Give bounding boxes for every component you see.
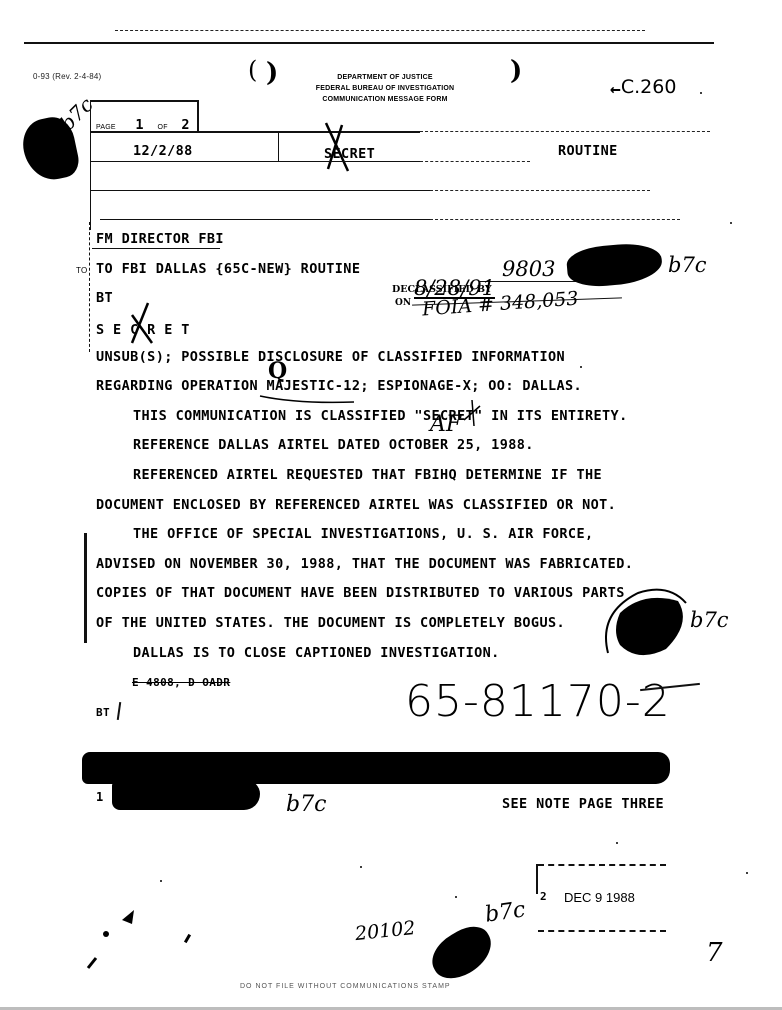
underline-arc xyxy=(258,392,358,406)
redaction-bar-lower xyxy=(112,780,260,810)
bt-start: BT xyxy=(96,290,113,306)
body-line: DOCUMENT ENCLOSED BY REFERENCED AIRTEL W… xyxy=(96,497,616,513)
agency-line-1: DEPARTMENT OF JUSTICE xyxy=(300,72,470,83)
declassified-by-value: 9803 xyxy=(502,257,555,281)
body-line: REFERENCED AIRTEL REQUESTED THAT FBIHQ D… xyxy=(133,467,602,483)
speck xyxy=(580,366,582,368)
margin-annotation-q: Q xyxy=(268,358,287,384)
circled-redaction xyxy=(598,583,694,668)
page-corner-number: 7 xyxy=(706,938,723,968)
on-label: ON xyxy=(395,298,411,308)
body-line: DALLAS IS TO CLOSE CAPTIONED INVESTIGATI… xyxy=(133,645,500,661)
body-line: THE OFFICE OF SPECIAL INVESTIGATIONS, U.… xyxy=(133,526,594,542)
exemption-mark-declass: b7c xyxy=(668,253,707,277)
top-dotted-rule xyxy=(115,30,645,31)
message-date: 12/2/88 xyxy=(133,143,193,159)
cross-out-x-icon xyxy=(322,121,352,173)
from-line: FM DIRECTOR FBI xyxy=(96,231,224,247)
body-line: OF THE UNITED STATES. THE DOCUMENT IS CO… xyxy=(96,615,565,631)
form-rule-4 xyxy=(100,219,430,220)
agency-line-2: FEDERAL BUREAU OF INVESTIGATION xyxy=(300,83,470,94)
body-line: THIS COMMUNICATION IS CLASSIFIED "SECRET… xyxy=(133,408,628,424)
form-rule-1b xyxy=(420,131,710,132)
stamp-date: DEC 9 1988 xyxy=(564,890,635,905)
margin-annotation-af: AF xyxy=(430,412,461,437)
redaction-bottom xyxy=(424,919,500,987)
received-stamp: 2 DEC 9 1988 xyxy=(536,862,668,934)
exemption-mark-body: b7c xyxy=(690,608,729,632)
bt-end: BT xyxy=(96,706,110,719)
see-note: SEE NOTE PAGE THREE xyxy=(502,796,664,812)
cross-out-x-icon xyxy=(128,301,154,345)
form-rule-1 xyxy=(90,131,420,133)
punch-mark-paren: ) xyxy=(266,58,278,88)
speck xyxy=(360,866,362,868)
form-rule-3b xyxy=(430,190,650,191)
top-rule xyxy=(24,42,714,44)
margin-bracket xyxy=(84,533,87,643)
file-annotation: ←C.260 xyxy=(610,76,676,98)
stamp-prefix: 2 xyxy=(540,890,547,903)
speck xyxy=(455,896,457,898)
to-label: TO xyxy=(76,266,87,275)
classification-spaced: S E C R E T xyxy=(96,319,190,338)
routing-left-border xyxy=(89,222,90,352)
agency-header: DEPARTMENT OF JUSTICE FEDERAL BUREAU OF … xyxy=(300,72,470,105)
bottom-form-text: DO NOT FILE WITHOUT COMMUNICATIONS STAMP xyxy=(240,983,451,990)
speck xyxy=(746,872,748,874)
form-rule-2 xyxy=(90,161,420,162)
agency-line-3: COMMUNICATION MESSAGE FORM xyxy=(300,94,470,105)
speck xyxy=(160,880,162,882)
exemption-mark-redaction: b7c xyxy=(286,792,326,817)
form-rule-3 xyxy=(90,190,430,191)
handwritten-file-number: 65-81170-2 xyxy=(405,676,671,727)
exemption-mark-bottom: b7c xyxy=(483,897,526,927)
punch-mark-right: ) xyxy=(510,56,522,86)
body-line: REFERENCE DALLAS AIRTEL DATED OCTOBER 25… xyxy=(133,437,534,453)
punch-mark-left: ( xyxy=(248,56,257,84)
form-left-border xyxy=(90,100,91,230)
bottom-mark xyxy=(184,934,191,943)
form-rule-4b xyxy=(430,219,680,220)
body-line: ADVISED ON NOVEMBER 30, 1988, THAT THE D… xyxy=(96,556,633,572)
redaction-number: 1 xyxy=(96,790,104,804)
speck xyxy=(616,842,618,844)
speck xyxy=(730,222,732,224)
handwritten-initials-number: 20102 xyxy=(354,917,416,945)
date-cell-divider xyxy=(278,133,279,161)
precedence: ROUTINE xyxy=(558,143,618,159)
body-line: COPIES OF THAT DOCUMENT HAVE BEEN DISTRI… xyxy=(96,585,625,601)
speck xyxy=(700,92,702,94)
page-box-right xyxy=(197,100,199,131)
cross-out-x-icon xyxy=(462,398,482,428)
form-number: 0-93 (Rev. 2-4-84) xyxy=(33,72,101,81)
bottom-left-marks xyxy=(82,900,142,975)
from-underline xyxy=(92,248,220,249)
to-line: TO FBI DALLAS {65C-NEW} ROUTINE xyxy=(96,261,360,277)
page-box-top xyxy=(90,100,198,102)
form-rule-2b xyxy=(420,161,530,162)
redaction-declassifier xyxy=(565,241,663,289)
struck-declassification-line: E 4808, D OADR xyxy=(132,676,230,689)
classification-field: SECRET xyxy=(324,143,375,162)
body-line: UNSUB(S); POSSIBLE DISCLOSURE OF CLASSIF… xyxy=(96,349,565,365)
arrow-left-icon: ← xyxy=(610,79,621,100)
declassification-stamp: DECLASSIFIED BY 9803 b7c ON 8/28/91 FOIA… xyxy=(392,255,732,325)
